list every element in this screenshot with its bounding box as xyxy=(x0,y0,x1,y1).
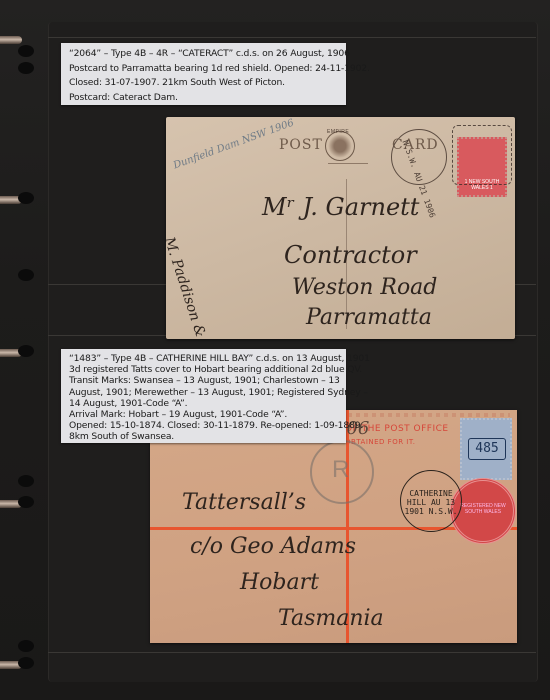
caption-line: 3d registered Tatts cover to Hobart bear… xyxy=(69,364,338,375)
caption-line: Postcard: Cateract Dam. xyxy=(69,91,338,106)
registered-cover-catherine-hill-bay[interactable]: OF THE POST OFFICE OBTAINED FOR IT. R 60… xyxy=(150,410,517,643)
numeral-cancel-icon xyxy=(452,125,512,185)
pencil-note: Dunfield Dam NSW 1906 xyxy=(172,118,295,172)
caption-line: 8km South of Swansea. xyxy=(69,431,338,442)
postmark-text: CATHERINE HILL AU 13 1901 N.S.W. xyxy=(401,489,461,516)
punch-hole xyxy=(18,269,34,281)
caption-cataract: “2064” – Type 4B – 4R – “CATERACT” c.d.s… xyxy=(61,43,346,105)
address-line: c/o Geo Adams xyxy=(190,534,356,559)
blue-qv-stamp: 485 xyxy=(460,418,512,480)
caption-line: “2064” – Type 4B – 4R – “CATERACT” c.d.s… xyxy=(69,47,338,62)
address-line: Tattersall’s xyxy=(182,490,306,515)
strip-divider xyxy=(48,652,536,653)
sender-note: M. Paddison & Co Cataract Dam xyxy=(166,235,247,339)
empire-emblem-icon xyxy=(325,131,355,161)
strip-divider xyxy=(48,37,536,38)
caption-line: 14 August, 1901-Code “A”. xyxy=(69,398,338,409)
caption-line: Transit Marks: Swansea – 13 August, 1901… xyxy=(69,375,338,386)
punch-hole xyxy=(18,640,34,652)
seal-text: REGISTERED NEW SOUTH WALES xyxy=(453,503,513,515)
address-line: Parramatta xyxy=(306,305,432,330)
punch-hole xyxy=(18,192,34,204)
address-line: Hobart xyxy=(240,570,319,595)
caption-line: “1483” – Type 4B – CATHERINE HILL BAY” c… xyxy=(69,353,338,364)
address-line: Contractor xyxy=(284,241,417,269)
punch-hole xyxy=(18,345,34,357)
caption-line: Arrival Mark: Hobart – 19 August, 1901-C… xyxy=(69,409,338,420)
punch-hole xyxy=(18,45,34,57)
postcard-title-post: POST xyxy=(279,137,323,153)
punch-hole xyxy=(18,62,34,74)
address-line: Weston Road xyxy=(292,275,437,300)
caption-line: Opened: 15-10-1874. Closed: 30-11-1879. … xyxy=(69,420,338,431)
address-line: Mʳ J. Garnett xyxy=(262,193,419,221)
cds-postmark-icon: CATHERINE HILL AU 13 1901 N.S.W. xyxy=(400,470,462,532)
emblem-text: EMPIRE xyxy=(327,129,349,135)
binder-ring xyxy=(0,36,22,44)
postcard-rule xyxy=(328,163,368,164)
punch-hole xyxy=(18,657,34,669)
punch-hole xyxy=(18,496,34,508)
punch-hole xyxy=(18,475,34,487)
caption-line: Postcard to Parramatta bearing 1d red sh… xyxy=(69,62,338,77)
registration-oval-mark-icon: R xyxy=(310,440,374,504)
caption-catherine-hill-bay: “1483” – Type 4B – CATHERINE HILL BAY” c… xyxy=(61,349,346,443)
postcard-cataract[interactable]: POST EMPIRE CARD N.S.W. AU 21 1906 1 NEW… xyxy=(166,117,515,339)
caption-line: August, 1901; Merewether – 13 August, 19… xyxy=(69,387,338,398)
address-line: Tasmania xyxy=(278,606,384,631)
envelope-flap-edge xyxy=(340,413,510,417)
caption-line: Closed: 31-07-1907. 21km South West of P… xyxy=(69,76,338,91)
numeral-cancel: 485 xyxy=(468,438,506,460)
oval-letter: R xyxy=(332,456,349,484)
